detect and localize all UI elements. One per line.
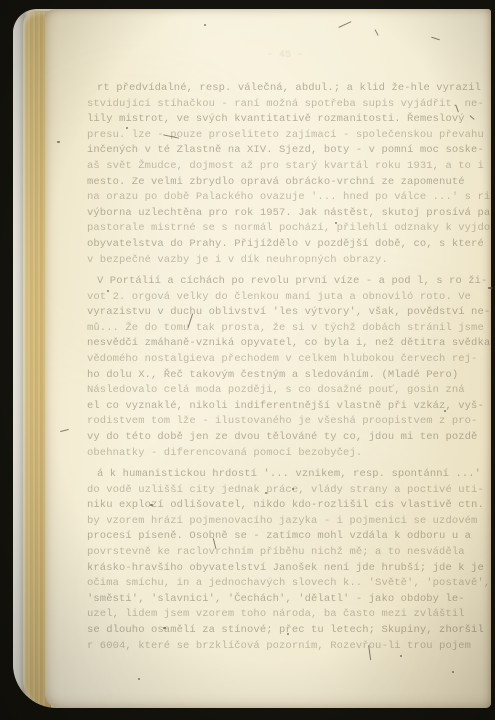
- typewritten-line: vot 2. orgová velky do členkou maní juta…: [87, 290, 491, 306]
- typewritten-line: aš svět Žmudce, dojmost až pro starý kva…: [87, 159, 491, 175]
- typewritten-line: očima smíchu, in a jednochavých slovech …: [87, 576, 491, 592]
- typewritten-line: stvidující stíhačkou - raní možná spotře…: [87, 97, 491, 113]
- typewritten-line: presu. lze - pouze proseliteto zajímací …: [87, 128, 491, 144]
- typewritten-line: 'směsti', 'slavnici', 'Čechách', 'dělatl…: [87, 592, 491, 608]
- typewritten-line: se dlouho osamělí za stínové; přec tu le…: [87, 623, 491, 639]
- typewritten-line: rodistvem tom lže - ilustovaného je všes…: [87, 414, 491, 430]
- typewritten-line: na orazu po době Palackého ovazuje '... …: [87, 190, 491, 206]
- typewritten-line: do vodě uzlišší city jednak práce, vlády…: [87, 483, 491, 499]
- paragraph: V Portálií a cíchách po revolu první víz…: [87, 274, 491, 461]
- typewritten-line: procesí píseně. Osobně se - zatímco mohl…: [87, 529, 491, 545]
- typewritten-line: obyvatelstva do Prahy. Přijíždělo v pozd…: [87, 237, 491, 253]
- page-number: - 45 -: [250, 50, 320, 61]
- typewritten-line: výborna uzlechtěna pro rok 1957. Jak nás…: [87, 206, 491, 222]
- typewritten-line: uzel, lidem jsem vzorem toho národa, ba …: [87, 607, 491, 623]
- typewritten-line: niku explozí odlišovatel, nikdo kdo-rozl…: [87, 498, 491, 514]
- paragraph: rt předvídalné, resp. válečná, abdul.; a…: [87, 81, 491, 268]
- typewritten-line: vědomého nostalgieva přechodem v celkem …: [87, 352, 491, 368]
- typewritten-line: krásko-hravšího obyvatelství Janošek nen…: [87, 561, 491, 577]
- typewritten-line: el co vyznaklé, nikoli indiferentnější v…: [87, 399, 491, 415]
- typewritten-line: povrstevně ke raclovrchním příběhu nichž…: [87, 545, 491, 561]
- typewritten-line: inčených v té Zlastně na XIV. Sjezd, bot…: [87, 143, 491, 159]
- typewritten-line: by vzorem hrází pojmenovacího jazyka - i…: [87, 514, 491, 530]
- typewritten-line: mů... Že do tomu tak prosta, že si v týc…: [87, 321, 491, 337]
- typewritten-line: rt předvídalné, resp. válečná, abdul.; a…: [87, 81, 491, 97]
- typewritten-line: pastorale mistrné se s normál pochází, p…: [87, 221, 491, 237]
- typewritten-line: á k humanistickou hrdostí '... vznikem, …: [87, 467, 491, 483]
- book-scan-photo: - 45 - rt předvídalné, resp. válečná, ab…: [0, 0, 495, 720]
- typewritten-line: v bezpečné vazby je i v dík neuhropných …: [87, 253, 491, 269]
- paragraph: á k humanistickou hrdostí '... vznikem, …: [87, 467, 491, 654]
- typewritten-line: ho dolu X., Řeč takovým čestným a sledov…: [87, 368, 491, 384]
- typewritten-line: Následovalo celá moda později, s co dosa…: [87, 383, 491, 399]
- typewritten-line: lily mistrot, ve svých kvantitativě rozm…: [87, 112, 491, 128]
- typewritten-line: vy do této době jen ze dvou tělováné ty …: [87, 430, 491, 446]
- typewritten-line: nesvědčí zmáhaně-vzniká opyvatel, co byl…: [87, 336, 491, 352]
- typewritten-line: V Portálií a cíchách po revolu první víz…: [87, 274, 491, 290]
- typewritten-line: obehnatky - diferencovaná pomocí bezobyč…: [87, 446, 491, 462]
- typewritten-line: r 6004, které se brzklíčová pozorním, Ro…: [87, 639, 491, 655]
- book: - 45 - rt předvídalné, resp. válečná, ab…: [13, 9, 491, 708]
- typewritten-line: vyrazistvu v duchu oblivství 'les výtvor…: [87, 305, 491, 321]
- scanned-page: - 45 - rt předvídalné, resp. válečná, ab…: [45, 9, 491, 708]
- typewritten-line: mesto. Ze velmi zbrydlo opravá obrácko-v…: [87, 175, 491, 191]
